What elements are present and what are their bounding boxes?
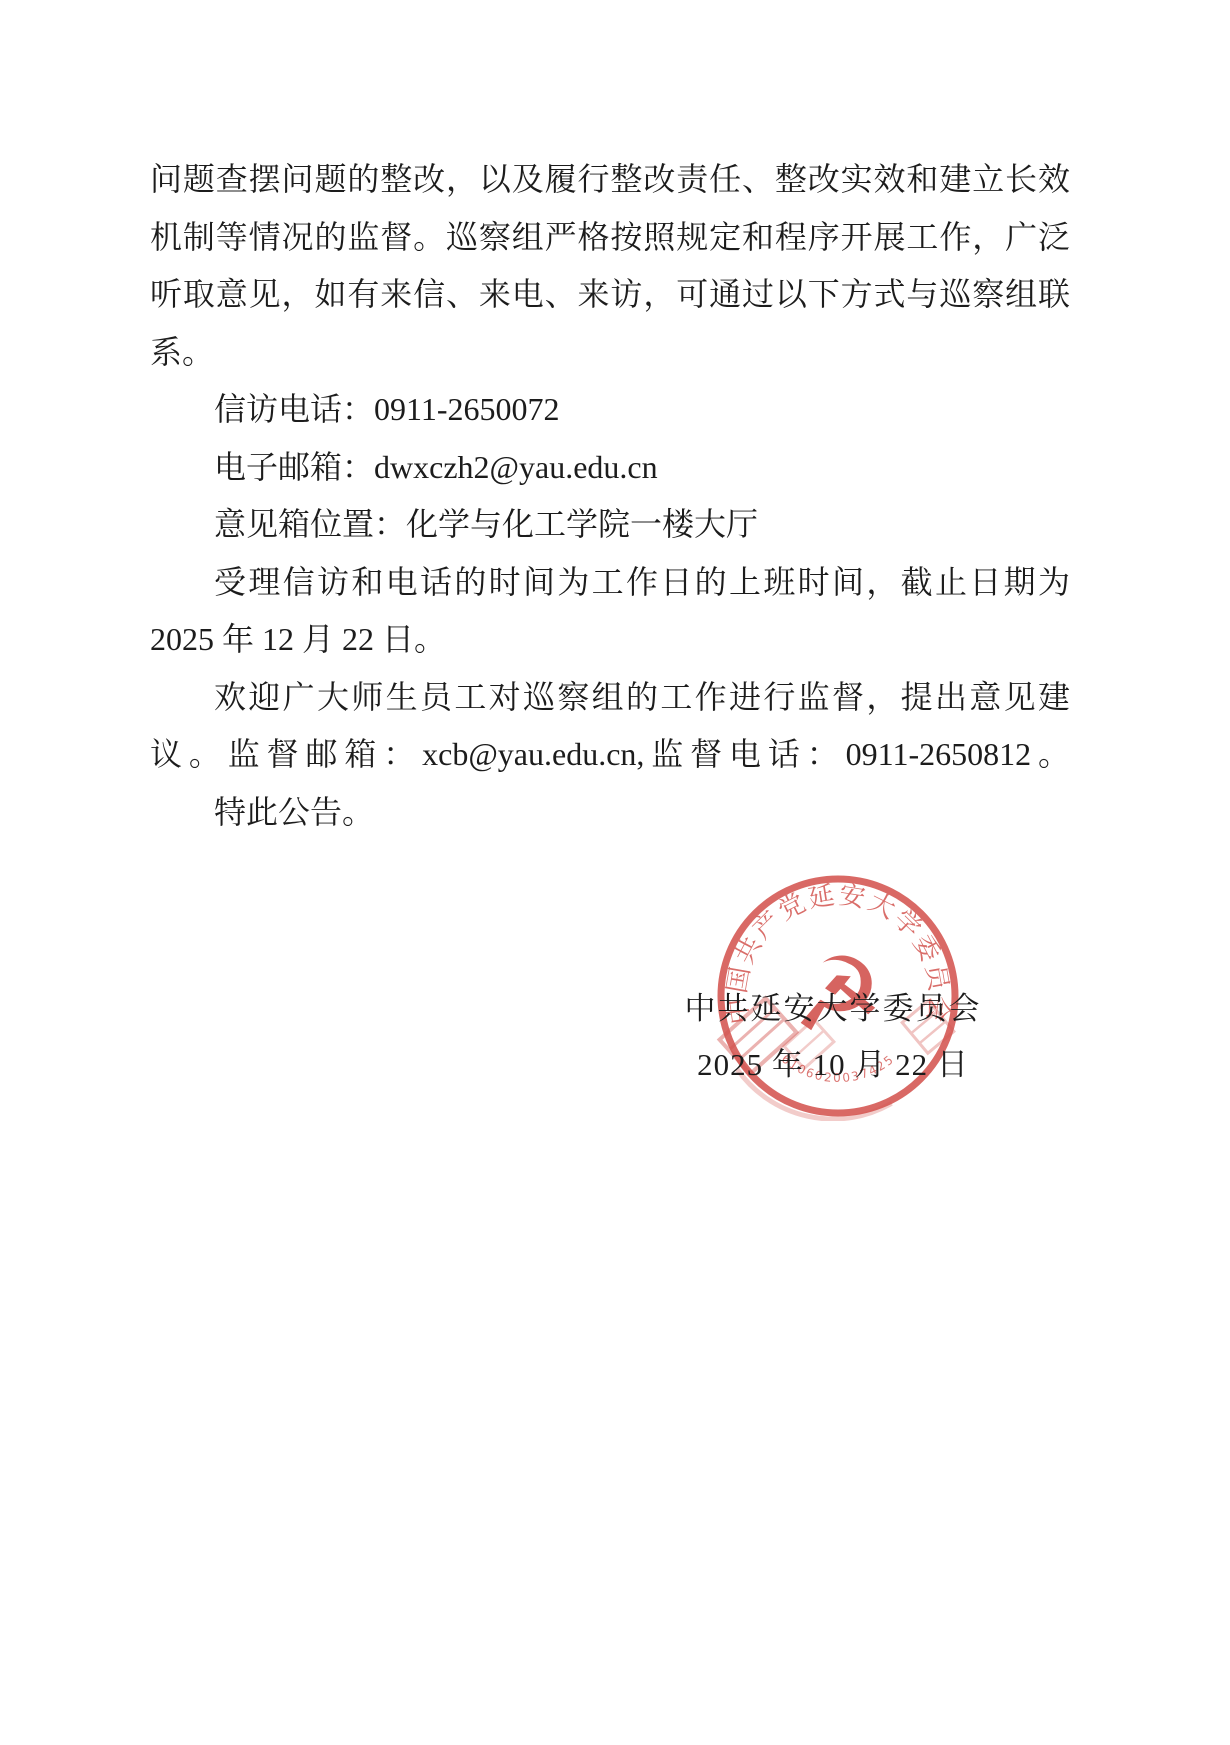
petition-phone-line: 信访电话：0911-2650072 [150,381,1070,439]
signature-committee-name: 中共延安大学委员会 [613,983,1053,1028]
body-line: 系。 [150,324,1070,382]
body-line: 问题查摆问题的整改，以及履行整改责任、整改实效和建立长效 [150,151,1070,209]
suggestion-box-line: 意见箱位置：化学与化工学院一楼大厅 [150,496,1070,554]
closing-line: 特此公告。 [150,784,1070,842]
signature-date: 2025 年 10 月 22 日 [613,1039,1053,1084]
notice-page: 问题查摆问题的整改，以及履行整改责任、整改实效和建立长效 机制等情况的监督。巡察… [0,0,1230,1745]
notice-body: 问题查摆问题的整改，以及履行整改责任、整改实效和建立长效 机制等情况的监督。巡察… [150,151,1070,841]
supervision-contact-line: 议。监督邮箱：xcb@yau.edu.cn,监督电话：0911-2650812。 [150,726,1070,784]
body-line: 欢迎广大师生员工对巡察组的工作进行监督，提出意见建 [150,669,1070,727]
email-line: 电子邮箱：dwxczh2@yau.edu.cn [150,439,1070,497]
body-line: 受理信访和电话的时间为工作日的上班时间，截止日期为 [150,554,1070,612]
deadline-line: 2025 年 12 月 22 日。 [150,611,1070,669]
body-line: 听取意见，如有来信、来电、来访，可通过以下方式与巡察组联 [150,266,1070,324]
body-line: 机制等情况的监督。巡察组严格按照规定和程序开展工作，广泛 [150,209,1070,267]
